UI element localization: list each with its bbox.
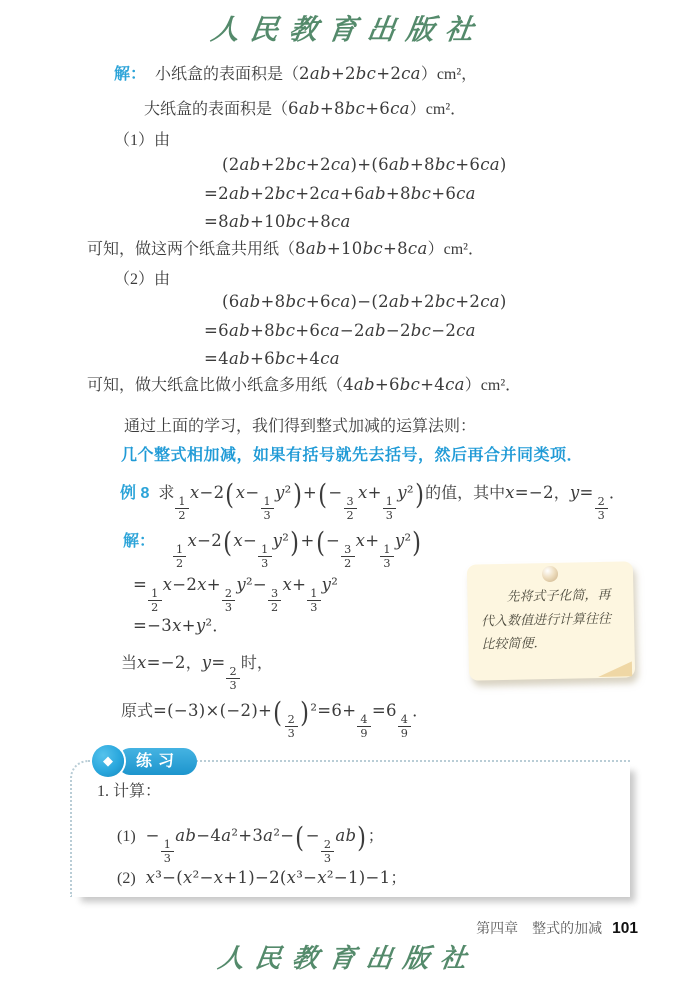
example8-solution-row: 解：12x−2(x−13y²)+(−32x+13y²) — [123, 531, 423, 570]
item-expression: x³−(x²−x+1)−2(x³−x²−1)−1； — [146, 870, 407, 887]
practice-item: (1) −13ab−4a²+3a²−(−23ab)； — [117, 826, 384, 865]
example8-step: =−3x+y²． — [133, 616, 228, 637]
practice-badge: ◆ 练习 — [92, 745, 197, 777]
diamond-pen-icon: ◆ — [92, 745, 124, 777]
practice-title: 练习 — [117, 748, 197, 775]
example8-expression: 12x−2(x−13y²)+(−32x+13y²) — [172, 533, 423, 550]
part2-label: （2）由 — [114, 270, 170, 290]
section-label: 整式的加减 — [532, 922, 602, 937]
part1-conclusion: 可知，做这两个纸盒共用纸（8ab+10bc+8ca）cm²． — [87, 239, 484, 260]
example8-statement: 求12x−2(x−13y²)+(−32x+13y²)的值，其中x=−2，y=23… — [158, 485, 625, 502]
example8-label: 例 8 — [120, 485, 149, 502]
equation-line: =6ab+8bc+6ca−2ab−2bc−2ca — [204, 321, 476, 342]
example8-substitute: 当x=−2，y=23时， — [121, 653, 273, 692]
part1-label: （1）由 — [114, 131, 170, 151]
solution-line-big-box: 大纸盒的表面积是（6ab+8bc+6ca）cm²． — [144, 99, 466, 120]
sticky-note: 先将式子化简，再代入数值进行计算往往比较简便． — [467, 561, 635, 680]
rule-highlight: 几个整式相加减，如果有括号就先去括号，然后再合并同类项． — [121, 446, 583, 466]
equation-line: =2ab+2bc+2ca+6ab+8bc+6ca — [204, 184, 476, 205]
publisher-logo-footer: 人民教育出版社 — [0, 938, 696, 975]
item-number: (2) — [117, 870, 136, 887]
practice-item: (2) x³−(x²−x+1)−2(x³−x²−1)−1； — [117, 868, 406, 889]
textbook-page: 人民教育出版社 解：小纸盒的表面积是（2ab+2bc+2ca）cm²， 大纸盒的… — [0, 0, 696, 983]
example8-step: =12x−2x+23y²−32x+13y² — [133, 575, 338, 614]
example8-result: 原式=(−3)×(−2)+(23)²=6+49=649． — [121, 701, 428, 740]
page-number: 101 — [612, 920, 638, 937]
equation-line: (2ab+2bc+2ca)+(6ab+8bc+6ca) — [222, 155, 507, 176]
part2-conclusion: 可知，做大纸盒比做小纸盒多用纸（4ab+6bc+4ca）cm²． — [87, 375, 521, 396]
example8-solution-label: 解： — [123, 533, 155, 550]
rule-intro: 通过上面的学习，我们得到整式加减的运算法则： — [124, 417, 476, 437]
publisher-logo-header: 人民教育出版社 — [0, 8, 696, 48]
practice-task-title: 1. 计算： — [97, 782, 161, 802]
item-number: (1) — [117, 828, 136, 845]
note-folded-corner — [598, 661, 632, 677]
equation-line: =8ab+10bc+8ca — [204, 212, 351, 233]
running-footer: 第四章整式的加减101 — [476, 918, 638, 938]
solution-label: 解： — [114, 66, 146, 83]
solution-line-small-box: 解：小纸盒的表面积是（2ab+2bc+2ca）cm²， — [114, 64, 477, 85]
equation-line: (6ab+8bc+6ca)−(2ab+2bc+2ca) — [222, 292, 507, 313]
item-expression: −13ab−4a²+3a²−(−23ab)； — [146, 828, 384, 845]
example8-statement-row: 例 8求12x−2(x−13y²)+(−32x+13y²)的值，其中x=−2，y… — [120, 483, 625, 522]
equation-line: =4ab+6bc+4ca — [204, 349, 340, 370]
solution-text: 小纸盒的表面积是（2ab+2bc+2ca）cm²， — [155, 66, 477, 83]
chapter-label: 第四章 — [476, 922, 518, 937]
